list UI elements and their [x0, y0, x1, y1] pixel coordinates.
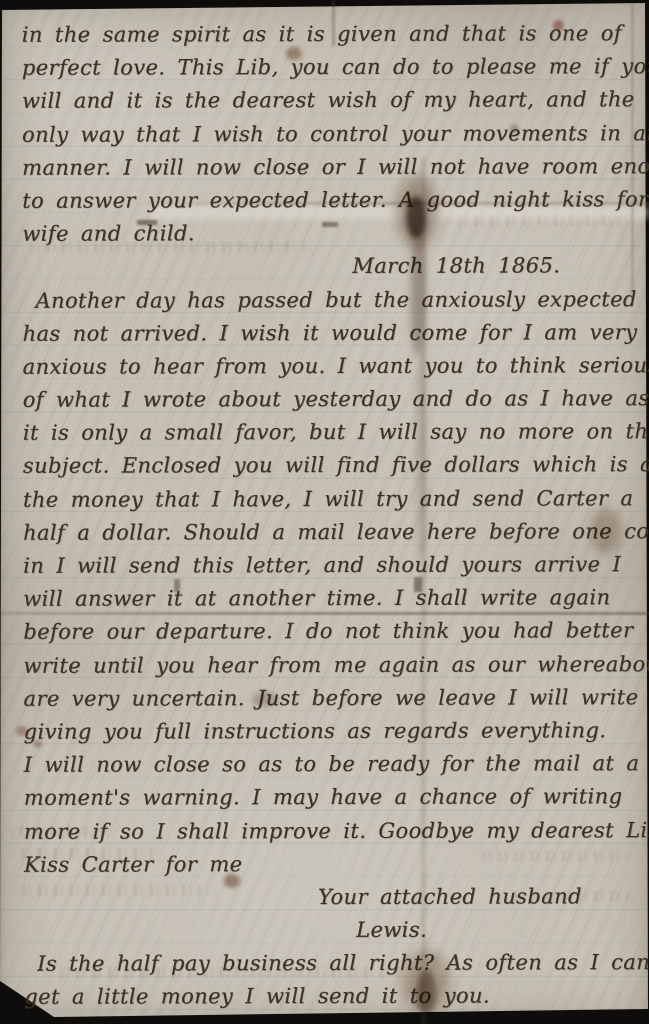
letter-signoff: Your attached husband — [24, 880, 636, 915]
letter-line: write until you hear from me again as ou… — [23, 648, 635, 683]
letter-line: in the same spirit as it is given and th… — [22, 17, 634, 52]
letter-line: to answer your expected letter. A good n… — [22, 183, 634, 218]
letter-line: will and it is the dearest wish of my he… — [22, 84, 634, 119]
letter-line: has not arrived. I wish it would come fo… — [23, 316, 635, 351]
letter-text: in the same spirit as it is given and th… — [0, 0, 649, 1014]
letter-line: half a dollar. Should a mail leave here … — [23, 515, 635, 550]
letter-line: in I will send this letter, and should y… — [23, 548, 635, 583]
letter-line: it is only a small favor, but I will say… — [23, 415, 635, 450]
letter-line: of what I wrote about yesterday and do a… — [23, 382, 635, 417]
letter-line: I will now close so as to be ready for t… — [24, 747, 636, 782]
letter-line: will answer it at another time. I shall … — [23, 581, 635, 616]
letter-line: before our departure. I do not think you… — [23, 615, 635, 650]
letter-postscript-line: get a little money I will send it to you… — [24, 980, 636, 1015]
letter-line: more if so I shall improve it. Goodbye m… — [24, 814, 636, 849]
letter-line: giving you full instructions as regards … — [24, 714, 636, 749]
letter-line: are very uncertain. Just before we leave… — [23, 681, 635, 716]
letter-date: March 18th 1865. — [22, 250, 634, 285]
letter-line: only way that I wish to control your mov… — [22, 117, 634, 152]
letter-line: Another day has passed but the anxiously… — [22, 283, 634, 318]
letter-line: Kiss Carter for me — [24, 847, 636, 882]
letter-line: perfect love. This Lib, you can do to pl… — [22, 50, 634, 85]
letter-postscript-line: Is the half pay business all right? As o… — [24, 946, 636, 981]
letter-line: subject. Enclosed you will find five dol… — [23, 449, 635, 484]
letter-signature: Lewis. — [24, 913, 636, 948]
letter-line: anxious to hear from you. I want you to … — [23, 349, 635, 384]
scanned-letter-photo: in the same spirit as it is given and th… — [0, 0, 649, 1024]
letter-line: manner. I will now close or I will not h… — [22, 150, 634, 185]
letter-line: the money that I have, I will try and se… — [23, 482, 635, 517]
letter-line: wife and child. — [22, 216, 634, 251]
letter-line: moment's warning. I may have a chance of… — [24, 780, 636, 815]
